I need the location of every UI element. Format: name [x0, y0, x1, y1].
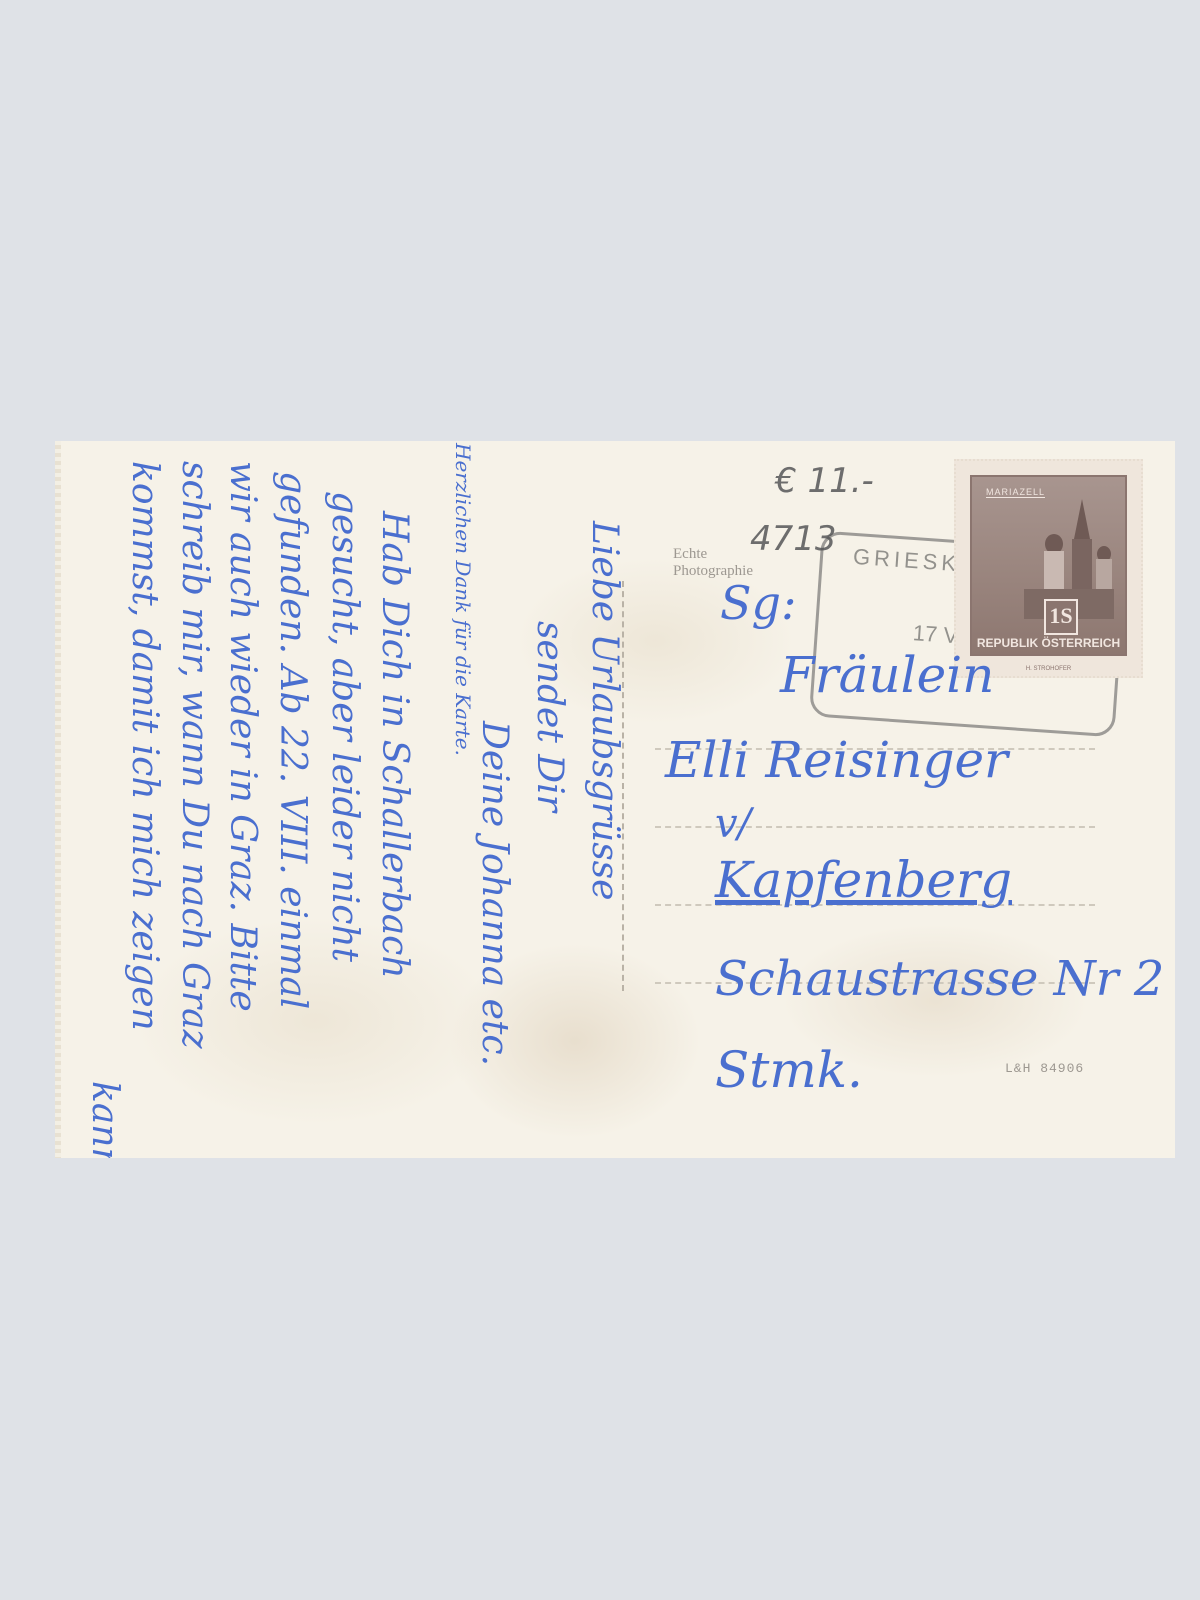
pencil-price: € 11.-	[775, 461, 874, 501]
address-salutation: Sg:	[720, 576, 796, 630]
message-line: gefunden. Ab 22. VIII. einmal	[272, 471, 313, 1009]
stamp-value: 1S	[1044, 599, 1078, 635]
message-line: kann.	[84, 1081, 125, 1158]
message-line: sendet Dir	[529, 621, 570, 812]
message-line: Deine Johanna etc.	[474, 721, 515, 1066]
address-city: Kapfenberg	[715, 851, 1012, 909]
message-line: Herzlichen Dank für die Karte.	[451, 443, 475, 756]
message-line: Liebe Urlaubsgrüsse	[584, 521, 625, 900]
message-line: gesucht, aber leider nicht	[324, 491, 365, 962]
address-region: Stmk.	[715, 1041, 863, 1099]
stamp-image: MARIAZELL 1S REPUBLIK ÖSTERREICH	[970, 475, 1127, 656]
address-name: Elli Reisinger	[665, 731, 1008, 789]
message-line: schreib mir, wann Du nach Graz	[174, 461, 215, 1049]
postmark-town: GRIESK	[852, 544, 961, 577]
message-line: wir auch wieder in Graz. Bitte	[222, 461, 263, 1012]
publisher-reference: L&H 84906	[1005, 1061, 1084, 1076]
stamp-place: MARIAZELL	[986, 487, 1045, 498]
center-divider	[622, 581, 624, 991]
handwritten-message: Herzlichen Dank für die Karte. Liebe Url…	[95, 451, 655, 1151]
deckled-edge	[55, 441, 61, 1158]
postcard: Herzlichen Dank für die Karte. Liebe Url…	[55, 441, 1175, 1158]
stamp-country: REPUBLIK ÖSTERREICH	[972, 636, 1125, 650]
echte-photographie-label: Echte Photographie	[673, 546, 753, 580]
address-street: Schaustrasse Nr 2	[715, 951, 1164, 1007]
message-line: kommst, damit ich mich zeigen	[124, 461, 165, 1031]
message-line: Hab Dich in Schallerbach	[374, 511, 415, 979]
echte-text: Echte	[673, 546, 753, 563]
address-title: Fräulein	[780, 646, 994, 704]
address-prefix: v/	[715, 801, 751, 847]
